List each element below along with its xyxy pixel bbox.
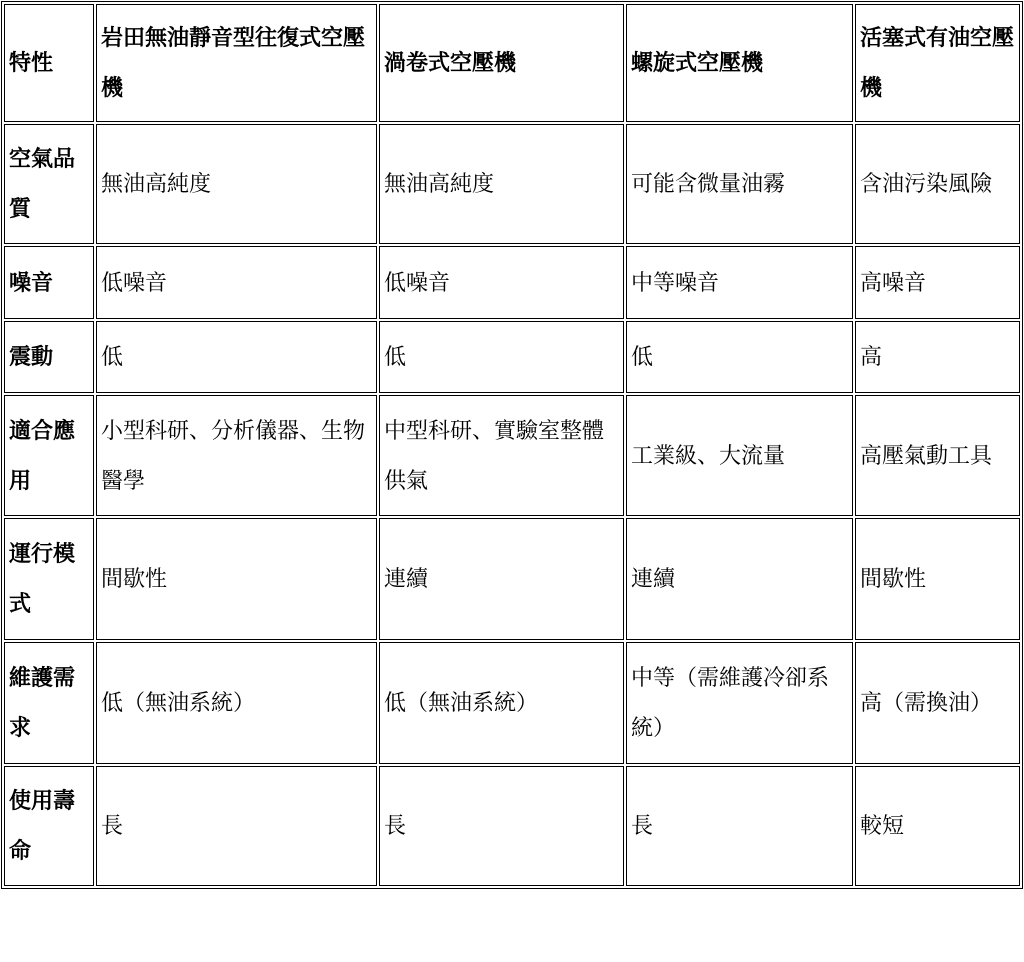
- table-cell: 低: [626, 321, 853, 393]
- table-row-noise: 噪音 低噪音 低噪音 中等噪音 高噪音: [4, 246, 1020, 319]
- row-header-lifespan: 使用壽命: [4, 766, 94, 886]
- table-row-operation-mode: 運行模式 間歇性 連續 連續 間歇性: [4, 518, 1020, 640]
- column-header-screw: 螺旋式空壓機: [626, 4, 853, 122]
- row-header-vibration: 震動: [4, 321, 94, 393]
- table-cell: 工業級、大流量: [626, 395, 853, 516]
- table-cell: 長: [96, 766, 377, 886]
- table-cell: 低（無油系統）: [379, 642, 624, 764]
- column-header-piston-oil: 活塞式有油空壓機: [855, 4, 1020, 122]
- table-cell: 高壓氣動工具: [855, 395, 1020, 516]
- table-cell: 連續: [379, 518, 624, 640]
- table-cell: 中等噪音: [626, 246, 853, 319]
- compressor-comparison-table: 特性 岩田無油靜音型往復式空壓機 渦卷式空壓機 螺旋式空壓機 活塞式有油空壓機 …: [1, 1, 1023, 889]
- row-header-operation-mode: 運行模式: [4, 518, 94, 640]
- table-cell: 無油高純度: [96, 124, 377, 244]
- table-row-maintenance: 維護需求 低（無油系統） 低（無油系統） 中等（需維護冷卻系統） 高（需換油）: [4, 642, 1020, 764]
- row-header-maintenance: 維護需求: [4, 642, 94, 764]
- table-cell: 較短: [855, 766, 1020, 886]
- table-cell: 低（無油系統）: [96, 642, 377, 764]
- table-cell: 高（需換油）: [855, 642, 1020, 764]
- table-cell: 含油污染風險: [855, 124, 1020, 244]
- table-cell: 連續: [626, 518, 853, 640]
- table-cell: 低: [96, 321, 377, 393]
- table-cell: 低: [379, 321, 624, 393]
- table-cell: 無油高純度: [379, 124, 624, 244]
- row-header-noise: 噪音: [4, 246, 94, 319]
- row-header-air-quality: 空氣品質: [4, 124, 94, 244]
- table-row-lifespan: 使用壽命 長 長 長 較短: [4, 766, 1020, 886]
- table-cell: 中等（需維護冷卻系統）: [626, 642, 853, 764]
- column-header-scroll: 渦卷式空壓機: [379, 4, 624, 122]
- table-cell: 低噪音: [379, 246, 624, 319]
- column-header-feature: 特性: [4, 4, 94, 122]
- column-header-iwata-oilfree: 岩田無油靜音型往復式空壓機: [96, 4, 377, 122]
- table-cell: 間歇性: [96, 518, 377, 640]
- table-header-row: 特性 岩田無油靜音型往復式空壓機 渦卷式空壓機 螺旋式空壓機 活塞式有油空壓機: [4, 4, 1020, 122]
- table-cell: 間歇性: [855, 518, 1020, 640]
- table-row-air-quality: 空氣品質 無油高純度 無油高純度 可能含微量油霧 含油污染風險: [4, 124, 1020, 244]
- table-cell: 小型科研、分析儀器、生物醫學: [96, 395, 377, 516]
- table-cell: 中型科研、實驗室整體供氣: [379, 395, 624, 516]
- table-row-applications: 適合應用 小型科研、分析儀器、生物醫學 中型科研、實驗室整體供氣 工業級、大流量…: [4, 395, 1020, 516]
- table-cell: 低噪音: [96, 246, 377, 319]
- table-cell: 高: [855, 321, 1020, 393]
- table-cell: 長: [379, 766, 624, 886]
- table-cell: 高噪音: [855, 246, 1020, 319]
- table-row-vibration: 震動 低 低 低 高: [4, 321, 1020, 393]
- table-cell: 可能含微量油霧: [626, 124, 853, 244]
- row-header-applications: 適合應用: [4, 395, 94, 516]
- table-cell: 長: [626, 766, 853, 886]
